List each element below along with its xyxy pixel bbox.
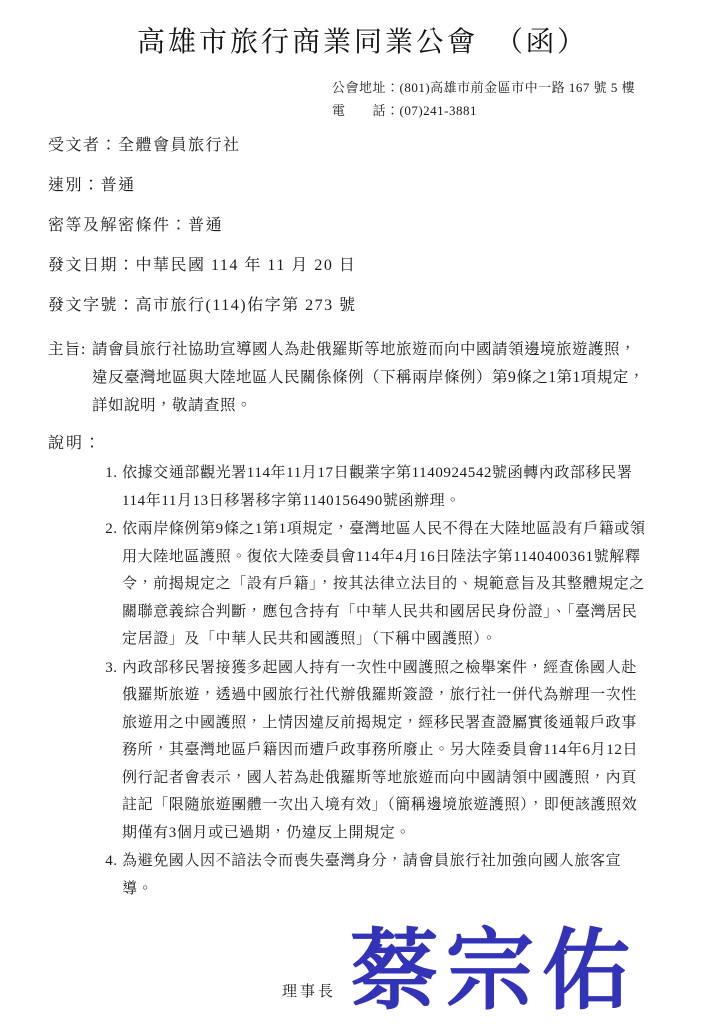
meta-line-issue-date: 發文日期：中華民國 114 年 11 月 20 日: [48, 256, 651, 276]
explanation-item: 依據交通部觀光署114年11月17日觀業字第1140924542號函轉內政部移民…: [122, 460, 651, 515]
meta-line-priority: 速別：普通: [48, 176, 651, 196]
explanation-list: 依據交通部觀光署114年11月17日觀業字第1140924542號函轉內政部移民…: [48, 460, 651, 903]
contact-block: 公會地址：(801)高雄市前金區市中一路 167 號 5 樓 電 話：(07)2…: [332, 76, 651, 122]
page-title: 高雄市旅行商業同業公會 （函）: [48, 20, 651, 60]
signature-name: 蔡宗佑: [350, 927, 638, 1019]
subject-label: 主旨:: [48, 336, 92, 420]
contact-phone: 電 話：(07)241-3881: [332, 99, 651, 122]
explanation-item: 為避免國人因不諳法令而喪失臺灣身分，請會員旅行社加強向國人旅客宣導。: [122, 848, 651, 903]
explanation-item: 內政部移民署接獲多起國人持有一次性中國護照之檢舉案件，經查係國人赴俄羅斯旅遊，透…: [122, 655, 651, 848]
signature-title: 理事長: [282, 980, 336, 1001]
subject-text: 請會員旅行社協助宣導國人為赴俄羅斯等地旅遊而向中國請領邊境旅遊護照，違反臺灣地區…: [92, 336, 651, 420]
contact-address: 公會地址：(801)高雄市前金區市中一路 167 號 5 樓: [332, 76, 651, 99]
subject-section: 主旨: 請會員旅行社協助宣導國人為赴俄羅斯等地旅遊而向中國請領邊境旅遊護照，違反…: [48, 336, 651, 420]
document-page: 高雄市旅行商業同業公會 （函） 公會地址：(801)高雄市前金區市中一路 167…: [0, 0, 701, 1024]
explanation-label: 說明：: [48, 430, 651, 458]
meta-line-reference-number: 發文字號：高市旅行(114)佑字第 273 號: [48, 296, 651, 316]
signature-block: 理事長 蔡宗佑: [282, 927, 651, 1019]
explanation-item: 依兩岸條例第9條之1第1項規定，臺灣地區人民不得在大陸地區設有戶籍或領用大陸地區…: [122, 516, 651, 654]
meta-line-security: 密等及解密條件：普通: [48, 216, 651, 236]
meta-line-recipient: 受文者：全體會員旅行社: [48, 136, 651, 156]
meta-block: 受文者：全體會員旅行社 速別：普通 密等及解密條件：普通 發文日期：中華民國 1…: [48, 136, 651, 316]
